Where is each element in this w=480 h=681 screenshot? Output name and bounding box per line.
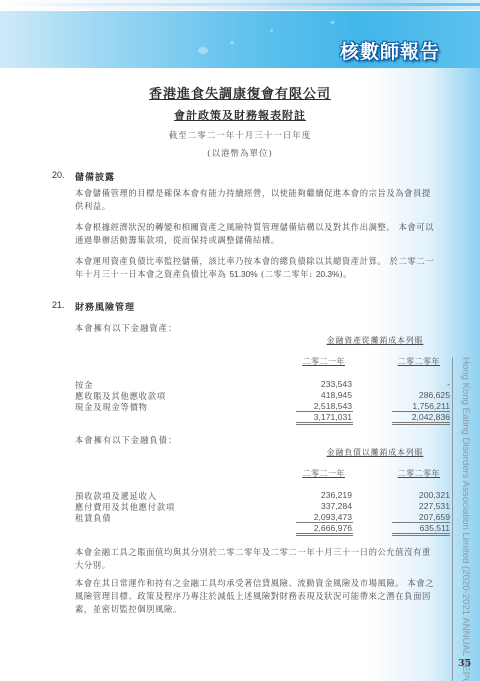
para-text: (二零二零年:: [258, 269, 316, 279]
total-double-rule: [296, 422, 353, 425]
liabilities-cell-2020: 227,531: [390, 501, 450, 511]
sidebar-report-title: Hong Kong Eating Disorders Association L…: [455, 357, 475, 619]
liabilities-cell-2021: 236,219: [292, 490, 352, 500]
note-20-number: 20.: [52, 170, 65, 180]
gearing-ratio: 51.30%: [230, 269, 258, 279]
note-21-heading: 財務風險管理: [75, 300, 135, 313]
assets-col-2021: 二零二一年: [285, 356, 345, 367]
banner-splash: [330, 21, 335, 24]
period: 截至二零二一年十月三十一日年度: [0, 129, 480, 141]
assets-col-2020: 二零二零年: [380, 356, 440, 367]
note-20-para-3: 本會運用資產負債比率監控儲備，該比率乃按本會的總負債除以其總資產計算。 於二零二…: [75, 255, 437, 281]
banner-splash: [230, 41, 234, 44]
assets-cell-2021: 2,518,543: [292, 401, 352, 411]
assets-cell-2021: 233,543: [292, 379, 352, 389]
assets-intro: 本會擁有以下金融資產：: [75, 322, 177, 334]
top-strip-accent: [0, 3, 480, 6]
section-title: 會計政策及財務報表附註: [0, 107, 480, 123]
page-number: 35: [458, 658, 471, 669]
assets-total-2020: 2,042,836: [390, 412, 450, 422]
note-21-number: 21.: [52, 300, 65, 310]
liabilities-cell-2020: 200,321: [390, 490, 450, 500]
assets-cell-2020: 1,756,211: [390, 401, 450, 411]
risk-para: 本會在其日常運作和持有之金融工具均承受著信貸風險、流動資金風險及市場風險。 本會…: [75, 577, 437, 616]
assets-row-label: 現金及現金等價物: [75, 401, 148, 413]
gearing-ratio-prev: 20.3%: [316, 269, 340, 279]
banner-splash: [198, 47, 208, 54]
sidebar-divider: [452, 357, 453, 681]
assets-cell-2021: 418,945: [292, 390, 352, 400]
liabilities-col-2020: 二零二零年: [380, 468, 440, 479]
note-20-para-2: 本會根據經濟狀況的轉變和相關資產之風險特質管理儲備結構以及對其作出調整。 本會可…: [75, 221, 437, 247]
liabilities-cell-2021: 2,093,473: [292, 512, 352, 522]
liabilities-cell-2020: 207,659: [390, 512, 450, 522]
liabilities-caption: 金融負債以攤銷成本列賬: [300, 447, 450, 458]
liabilities-total-2020: 635,511: [390, 523, 450, 533]
fair-value-para: 本會金融工具之賬面值均與其分別於二零二零年及二零二一年十月三十一日的公允值沒有重…: [75, 546, 437, 572]
banner-title: 核數師報告: [340, 37, 440, 64]
liabilities-col-2021: 二零二一年: [285, 468, 345, 479]
note-20-para-1: 本會儲備管理的目標是確保本會有能力持續經營，以使能夠繼續促進本會的宗旨及為會員提…: [75, 187, 437, 213]
org-name: 香港進食失調康復會有限公司: [0, 83, 480, 102]
assets-cell-2020: -: [390, 379, 450, 389]
liabilities-total-2021: 2,666,976: [292, 523, 352, 533]
liabilities-intro: 本會擁有以下金融負債：: [75, 434, 177, 446]
note-20-heading: 儲備披露: [75, 170, 115, 183]
liabilities-cell-2021: 337,284: [292, 501, 352, 511]
banner-splash: [270, 29, 273, 32]
assets-total-2021: 3,171,031: [292, 412, 352, 422]
total-double-rule: [392, 422, 450, 425]
currency-note: (以港幣為單位): [0, 147, 480, 159]
liabilities-row-label: 租賃負債: [75, 512, 111, 524]
assets-caption: 金融資產從攤銷成本列賬: [300, 335, 450, 346]
total-double-rule: [296, 533, 353, 536]
total-double-rule: [392, 533, 450, 536]
header-banner: 核數師報告: [0, 11, 480, 68]
assets-cell-2020: 286,625: [390, 390, 450, 400]
para-text: )。: [339, 269, 352, 279]
